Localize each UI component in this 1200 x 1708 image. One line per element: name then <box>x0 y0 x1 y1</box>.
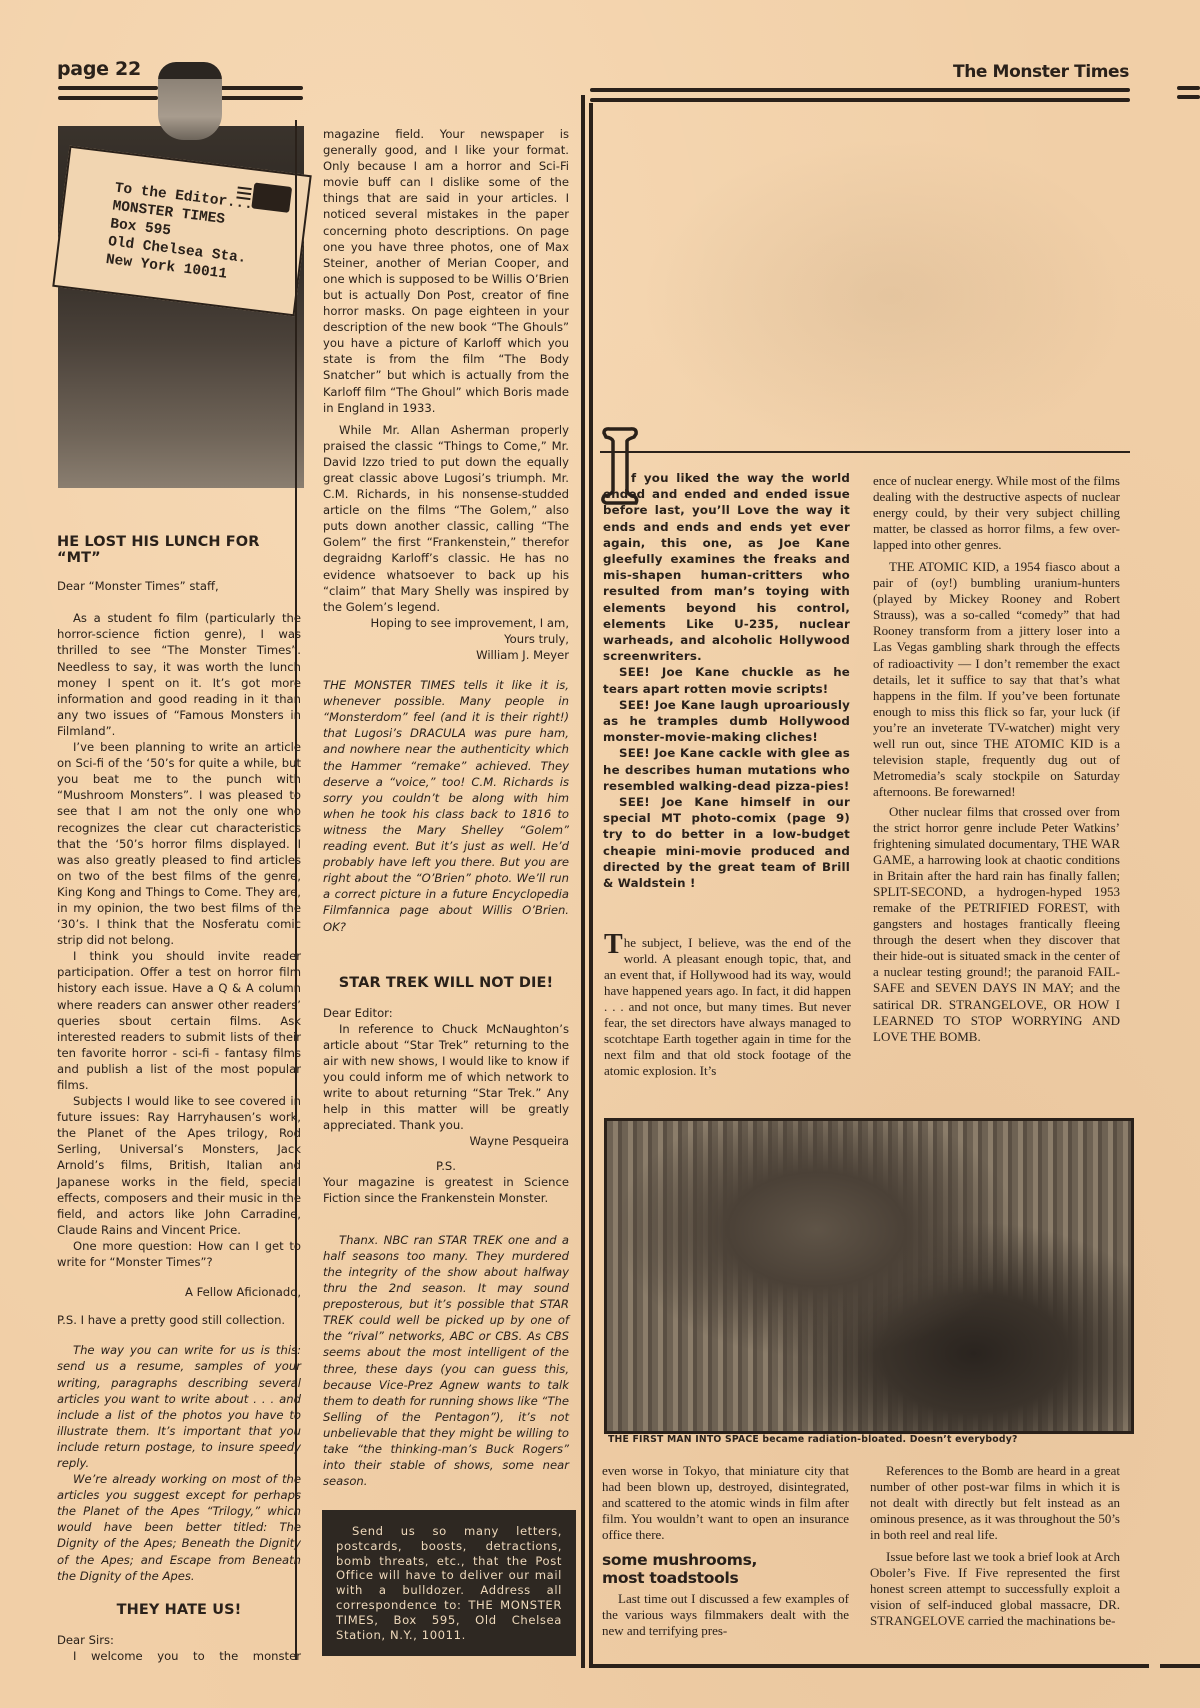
masthead: The Monster Times <box>953 62 1129 82</box>
header-rule-mid-bottom <box>215 96 303 100</box>
faded-title-art <box>600 110 1130 448</box>
article-paragraph: Last time out I discussed a few examples… <box>602 1591 849 1639</box>
article-bottom-col2: References to the Bomb are heard in a gr… <box>870 1463 1120 1629</box>
see-item: SEE! Joe Kane laugh uproariously as he t… <box>603 697 850 746</box>
letter1-salutation: Dear “Monster Times” staff, <box>57 578 301 594</box>
editor-reply-letter2: THE MONSTER TIMES tells it like it is, w… <box>323 677 569 935</box>
letter1-paragraph: One more question: How can I get to writ… <box>57 1238 301 1270</box>
letter1-signoff: A Fellow Aficionado, <box>57 1284 301 1300</box>
article-body-col2: ence of nuclear energy. While most of th… <box>873 473 1120 1045</box>
article-frame-bottom <box>589 1664 1149 1668</box>
letter3-body: In reference to Chuck McNaughton’s artic… <box>323 1021 569 1134</box>
article-intro: f you liked the way the world ended and … <box>603 470 850 891</box>
callout-box-send-letters: Send us so many letters, postcards, boos… <box>322 1510 576 1656</box>
subhead-line2: most toadstools <box>602 1569 849 1587</box>
see-item: SEE! Joe Kane himself in our special MT … <box>603 794 850 891</box>
letter3-signature: Wayne Pesqueira <box>323 1133 569 1149</box>
article-intro-text: f you liked the way the world ended and … <box>603 470 850 664</box>
article-frame-left-outer <box>581 95 585 1668</box>
eagle-stamp-icon <box>251 182 292 212</box>
header-rule-edge-2 <box>1177 95 1200 99</box>
letter2-closing: Yours truly, <box>323 631 569 647</box>
editor-envelope: To the Editor... MONSTER TIMES Box 595 O… <box>52 146 311 317</box>
letter2-continued: magazine field. Your newspaper is genera… <box>323 126 569 416</box>
letter2-signature: William J. Meyer <box>323 647 569 663</box>
editor-reply-letter3: Thanx. NBC ran STAR TREK one and a half … <box>323 1232 569 1490</box>
letter3-ps-text: Your magazine is greatest in Science Fic… <box>323 1174 569 1206</box>
title-area-rule <box>600 451 1130 453</box>
letter1-headline: HE LOST HIS LUNCH FOR “MT” <box>57 534 301 566</box>
article-bottom-col1: even worse in Tokyo, that miniature city… <box>602 1463 849 1639</box>
header-rule-left-bottom <box>58 96 158 100</box>
letter-column-2: magazine field. Your newspaper is genera… <box>323 126 569 1489</box>
letter1-paragraph: Subjects I would like to see covered in … <box>57 1093 301 1238</box>
see-item: SEE! Joe Kane chuckle as he tears apart … <box>603 664 850 696</box>
article-paragraph: THE ATOMIC KID, a 1954 fiasco about a pa… <box>873 559 1120 800</box>
first-man-into-space-photo <box>604 1118 1134 1434</box>
letter1-paragraph: As a student fo film (particularly the h… <box>57 610 301 739</box>
letter1-ps: P.S. I have a pretty good still collecti… <box>57 1312 301 1328</box>
article-paragraph: Issue before last we took a brief look a… <box>870 1549 1120 1629</box>
callout-text: Send us so many letters, postcards, boos… <box>336 1524 562 1642</box>
article-paragraph: even worse in Tokyo, that miniature city… <box>602 1463 849 1543</box>
article-body-col1: The subject, I believe, was the end of t… <box>604 935 851 1079</box>
header-rule-right-bottom <box>590 98 1130 102</box>
letter2-paragraph2: While Mr. Allan Asherman properly praise… <box>323 422 569 615</box>
article-body-text: he subject, I believe, was the end of th… <box>604 935 851 1078</box>
envelope-address: To the Editor... MONSTER TIMES Box 595 O… <box>105 180 254 286</box>
page-number: page 22 <box>57 58 141 80</box>
letter3-ps-label: P.S. <box>323 1158 569 1174</box>
letter2-headline: THEY HATE US! <box>57 1602 301 1618</box>
editor-reply: We’re already working on most of the art… <box>57 1471 301 1584</box>
editor-reply: The way you can write for us is this: se… <box>57 1342 301 1471</box>
header-rule-left-top <box>58 86 158 90</box>
letter3-salutation: Dear Editor: <box>323 1005 569 1021</box>
article-frame-left-inner <box>589 103 593 1668</box>
letter-he-lost-his-lunch: HE LOST HIS LUNCH FOR “MT” Dear “Monster… <box>57 534 301 1664</box>
letter2-closing: Hoping to see improvement, I am, <box>323 615 569 631</box>
letter2-salutation: Dear Sirs: <box>57 1632 301 1648</box>
article-frame-bottom-edge <box>1160 1664 1200 1668</box>
header-rule-right-top <box>590 88 1130 92</box>
article-paragraph: ence of nuclear energy. While most of th… <box>873 473 1120 553</box>
letter2-opening: I welcome you to the monster <box>57 1648 301 1664</box>
subhead-line1: some mushrooms, <box>602 1551 849 1569</box>
photo-caption: THE FIRST MAN INTO SPACE became radiatio… <box>608 1434 1018 1445</box>
article-paragraph: Other nuclear films that crossed over fr… <box>873 804 1120 1045</box>
letter1-paragraph: I think you should invite reader partici… <box>57 948 301 1093</box>
dropcap-T: T <box>604 935 623 955</box>
article-paragraph: References to the Bomb are heard in a gr… <box>870 1463 1120 1543</box>
letter3-headline: STAR TREK WILL NOT DIE! <box>323 975 569 991</box>
letter1-paragraph: I’ve been planning to write an article o… <box>57 739 301 948</box>
see-item: SEE! Joe Kane cackle with glee as he des… <box>603 745 850 794</box>
header-rule-mid-top <box>215 86 303 90</box>
header-rule-edge <box>1177 86 1200 90</box>
frankenstein-head-image <box>158 62 222 140</box>
